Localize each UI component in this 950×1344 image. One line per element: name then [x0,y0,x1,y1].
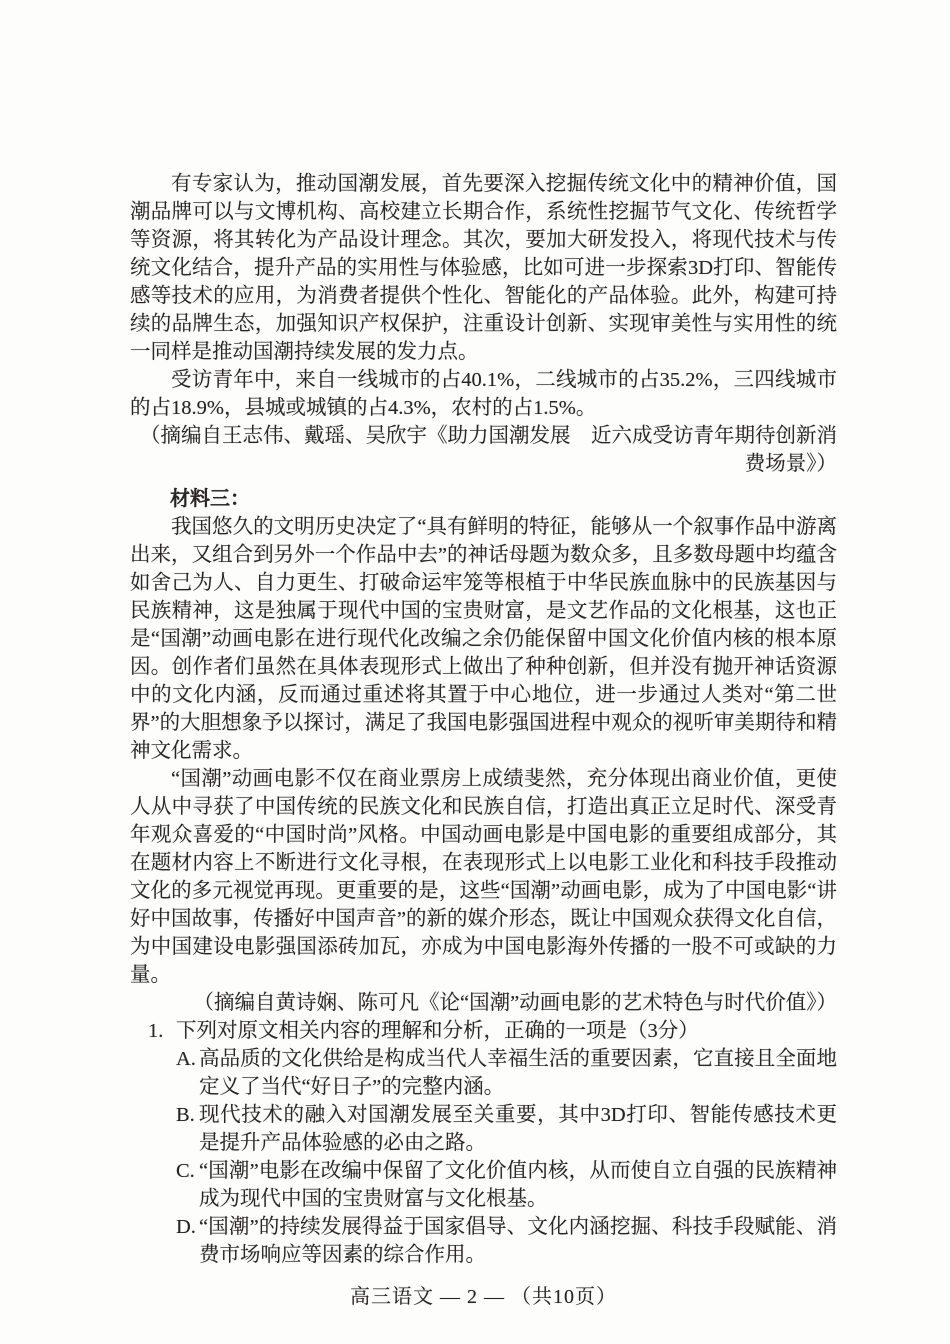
option-b-text: 现代技术的融入对国潮发展至关重要，其中3D打印、智能传感技术更是提升产品体验感的… [199,1101,837,1157]
option-b-label: B. [176,1101,199,1157]
material3-attribution: （摘编自黄诗娴、陈可凡《论“国潮”动画电影的艺术特色与时代价值》） [130,989,837,1017]
question-1-option-d: D. “国潮”的持续发展得益于国家倡导、文化内涵挖掘、科技手段赋能、消费市场响应… [176,1213,837,1269]
material3-paragraph-myth: 我国悠久的文明历史决定了“具有鲜明的特征，能够从一个叙事作品中游离出来，又组合到… [130,513,837,765]
question-1-stem: 下列对原文相关内容的理解和分析，正确的一项是（3分） [176,1017,837,1045]
material3-paragraph-value: “国潮”动画电影不仅在商业票房上成绩斐然，充分体现出商业价值，更使人从中寻获了中… [130,765,837,989]
page-content: 有专家认为，推动国潮发展，首先要深入挖掘传统文化中的精神价值，国潮品牌可以与文博… [130,170,837,1311]
exam-paper-page: 有专家认为，推动国潮发展，首先要深入挖掘传统文化中的精神价值，国潮品牌可以与文博… [0,0,950,1344]
question-1-number: 1. [148,1017,176,1045]
material2-paragraph-expert: 有专家认为，推动国潮发展，首先要深入挖掘传统文化中的精神价值，国潮品牌可以与文博… [130,170,837,366]
option-a-text: 高品质的文化供给是构成当代人幸福生活的重要因素，它直接且全面地定义了当代“好日子… [199,1045,837,1101]
material2-paragraph-survey: 受访青年中，来自一线城市的占40.1%，二线城市的占35.2%，三四线城市的占1… [130,366,837,422]
material3-heading: 材料三： [130,485,837,513]
question-1-option-a: A. 高品质的文化供给是构成当代人幸福生活的重要因素，它直接且全面地定义了当代“… [176,1045,837,1101]
option-d-text: “国潮”的持续发展得益于国家倡导、文化内涵挖掘、科技手段赋能、消费市场响应等因素… [199,1213,837,1269]
question-1-option-b: B. 现代技术的融入对国潮发展至关重要，其中3D打印、智能传感技术更是提升产品体… [176,1101,837,1157]
question-1: 1. 下列对原文相关内容的理解和分析，正确的一项是（3分） [148,1017,837,1045]
page-footer: 高三语文 — 2 — （共10页） [130,1283,837,1311]
option-d-label: D. [176,1213,199,1269]
material2-attribution: （摘编自王志伟、戴瑶、吴欣宇《助力国潮发展 近六成受访青年期待创新消费场景》） [130,422,837,478]
option-c-text: “国潮”电影在改编中保留了文化价值内核，从而使自立自强的民族精神成为现代中国的宝… [199,1157,837,1213]
option-a-label: A. [176,1045,199,1101]
option-c-label: C. [176,1157,199,1213]
question-1-option-c: C. “国潮”电影在改编中保留了文化价值内核，从而使自立自强的民族精神成为现代中… [176,1157,837,1213]
